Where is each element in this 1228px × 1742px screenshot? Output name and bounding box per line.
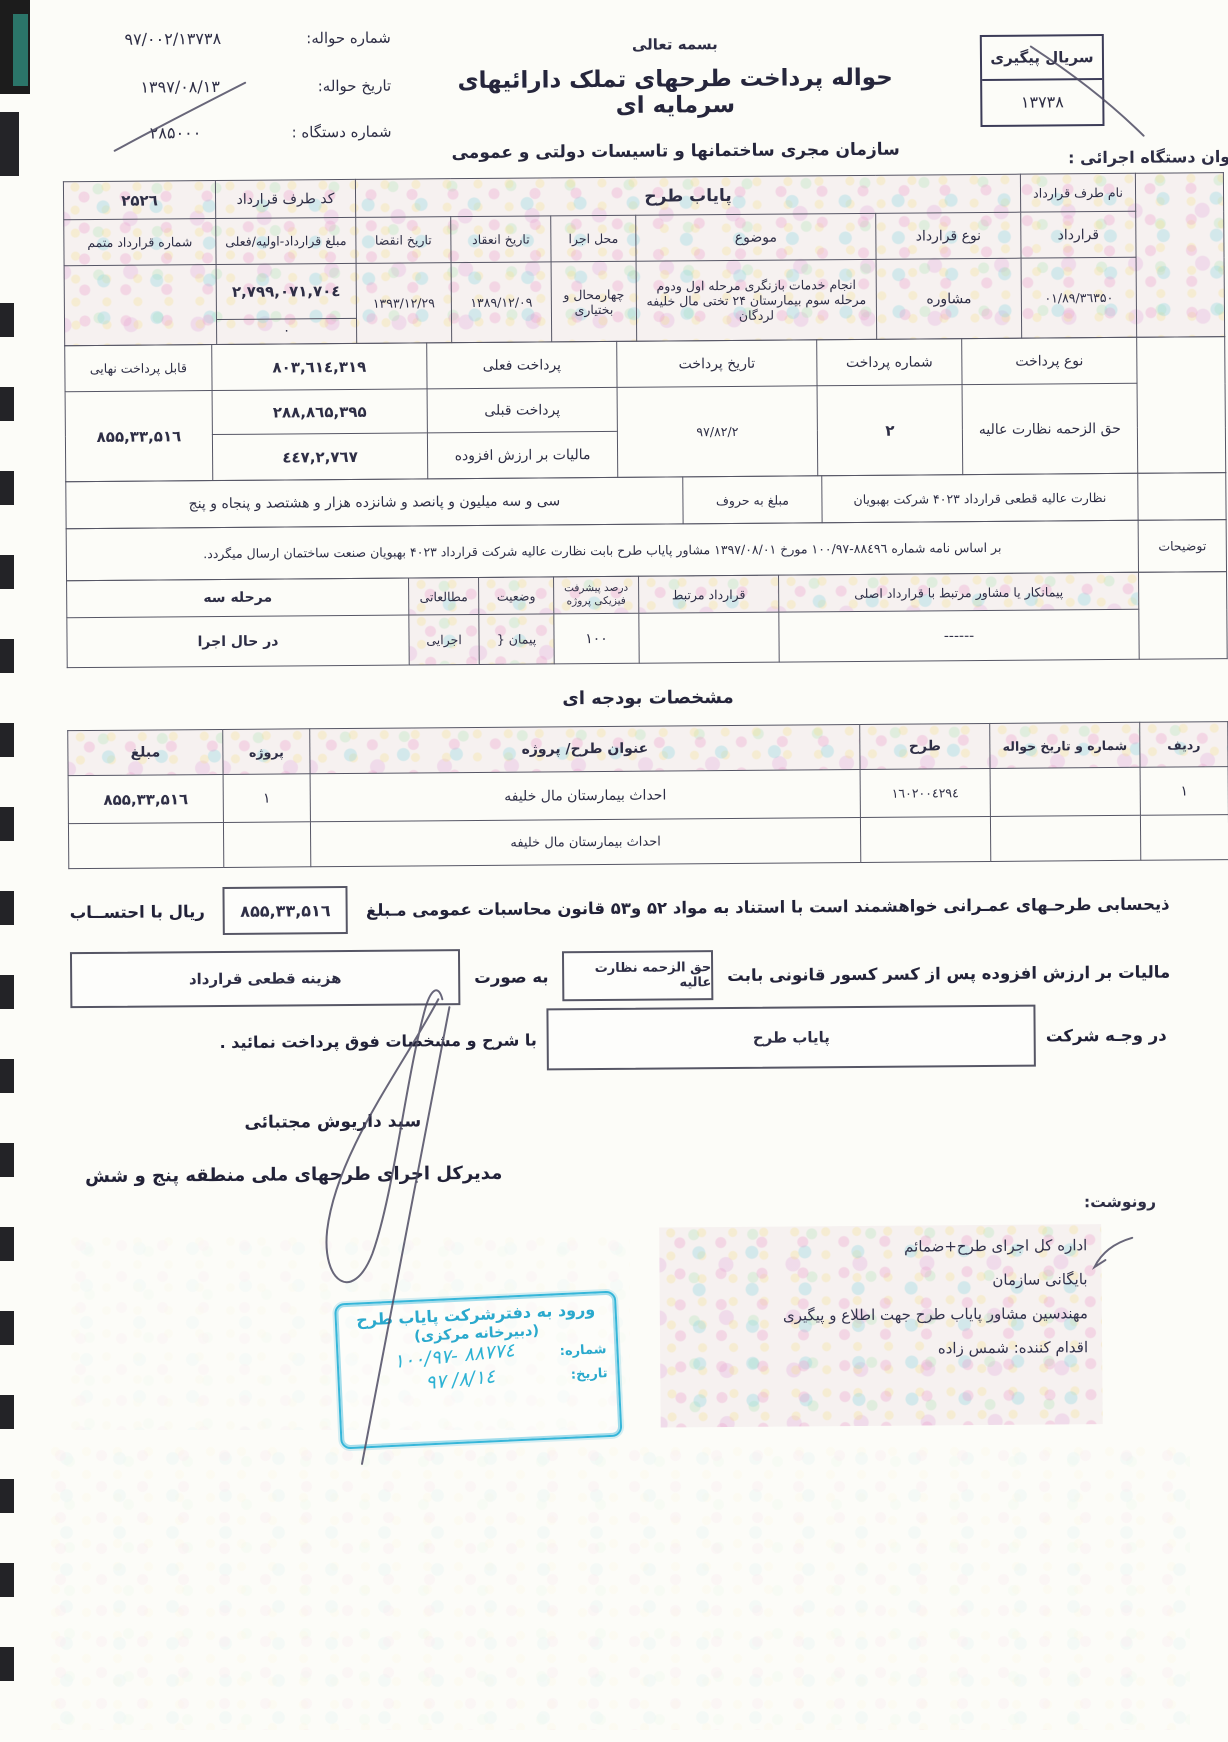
expire-date-label: تاریخ انقضا <box>356 217 451 264</box>
related-contractor-value: ------ <box>779 609 1139 662</box>
directive3-text: در وجـه شرکت <box>1046 1025 1167 1045</box>
remarks-text: بر اساس نامه شماره ۸۸٤۹٦-۱۰۰/۹۷ مورخ ۱۳۹… <box>66 520 1138 580</box>
contract-no-label: قرارداد <box>1021 211 1136 258</box>
physical-progress-value: ۱۰۰ <box>554 613 639 664</box>
cc-item: مهندسین مشاور پایاب طرح جهت اطلاع و پیگی… <box>660 1304 1088 1325</box>
payee-company-box: پایاب طرح <box>547 1005 1036 1071</box>
budget-header-name: عنوان طرح/ پروژه <box>310 724 860 773</box>
study-value: اجرایی <box>409 614 479 665</box>
havaleh-number-value: ۹۷/۰۰۲/۱۳۷۳۸ <box>73 29 273 50</box>
page-title: حواله پرداخت طرحهای تملک دارائیهای سرمای… <box>425 64 925 120</box>
field-havaleh-date: تاریخ حواله: ۱۳۹۷/۰۸/۱۳ <box>87 76 391 97</box>
havaleh-number-label: شماره حواله: <box>273 29 391 48</box>
entry-stamp: ورود به دفترشرکت پایاب طرح (دبیرخانه مرک… <box>334 1291 622 1450</box>
remarks-label: توضیحات <box>1138 520 1226 573</box>
payment-no-label: شماره پرداخت <box>817 339 962 386</box>
budget-header-plan: طرح <box>860 723 990 769</box>
budget-amount: ۳۳,۵۱٦,۸۵۵ <box>68 774 223 823</box>
contract-amount-cell: ۲,۷۹۹,۰۷۱,۷۰٤ ۰ <box>216 263 357 344</box>
state-label: وضعیت <box>479 577 554 615</box>
contract-type-value: مشاوره <box>876 258 1022 339</box>
budget-plan: ۱٦۰۲۰۰٤۲۹٤ <box>860 768 990 817</box>
havaleh-date-label: تاریخ حواله: <box>273 77 391 96</box>
signatory-name: سید داریوش مجتبائی <box>225 1111 440 1133</box>
party-name-label: نام طرف قرارداد <box>1020 173 1135 212</box>
directive-line-1: ذیحسابی طرحـهای عمـرانی خواهشمند است با … <box>69 880 1169 937</box>
directive1-tail: ریال با احتســاب <box>70 902 205 922</box>
payment-type-value: حق الزحمه نظارت عالیه <box>962 383 1138 474</box>
contract-no-value: ۰۱/۸۹/۳٦۳۵۰ <box>1021 257 1137 338</box>
study-label: مطالعاتی <box>409 577 479 615</box>
contract-amount-label: مبلغ قرارداد-اولیه/فعلی <box>216 217 356 264</box>
amount-words-value: سی و سه میلیون و پانصد و شانزده هزار و ه… <box>66 477 683 529</box>
budget-amount <box>68 822 223 868</box>
budget-header-ref: شماره و تاریخ حواله <box>990 722 1140 768</box>
budget-table: ردیف شماره و تاریخ حواله طرح عنوان طرح/ … <box>68 722 1228 869</box>
directive1-amount-box: ۳۳,۵۱٦,۸۵۵ <box>223 886 348 935</box>
cc-block: اداره کل اجرای طرح+ضمائم بایگانی سازمان … <box>659 1224 1103 1427</box>
final-payable-label: قابل پرداخت نهایی <box>65 345 212 392</box>
stamp-number-label: شماره: <box>559 1342 606 1359</box>
supplement-contract-value <box>64 265 217 346</box>
sign-date-label: تاریخ انعقاد <box>451 216 551 263</box>
stamp-date-label: تاریخ: <box>571 1366 608 1383</box>
table-edge-cell <box>1135 173 1224 338</box>
directive2-fee-box: حق الزحمه نظارت عالیه <box>562 950 713 1001</box>
related-contract-label: قرارداد مرتبط <box>639 575 779 613</box>
phase-value: در حال اجرا <box>67 615 409 668</box>
serial-label: سریال پیگیری <box>982 36 1102 81</box>
directive2-mid: به صورت <box>474 967 548 987</box>
directive-line-2: مالیات بر ارزش افزوده پس از کسر کسور قان… <box>70 944 1170 1009</box>
directive-line-3: در وجـه شرکت پایاب طرح با شرح و مشخصات ف… <box>74 1004 1166 1075</box>
directive2-text: مالیات بر ارزش افزوده پس از کسر کسور قان… <box>727 962 1170 984</box>
payment-type-label: نوع پرداخت <box>962 337 1137 384</box>
scanned-payment-order: { "document": { "bismillah": "بسمه تعالی… <box>0 0 1228 1742</box>
budget-ref <box>990 767 1140 816</box>
budget-name: احداث بیمارستان مال خلیفه <box>310 769 860 821</box>
party-name-value: پایاب طرح <box>355 174 1020 217</box>
final-payable-value: ۳۳,۵۱٦,۸۵۵ <box>65 391 213 482</box>
amount-words-note: نظارت عالیه قطعی قرارداد ۴۰۲۳ شرکت بهبوی… <box>822 473 1138 522</box>
expire-date-value: ۱۳۹۳/۱۲/۲۹ <box>356 263 452 344</box>
device-number-label: شماره دستگاه : <box>273 123 391 142</box>
related-contract-value <box>639 612 779 663</box>
budget-project <box>223 822 310 868</box>
budget-plan <box>860 816 990 862</box>
subject-value: انجام خدمات بازنگری مرحله اول ودوم مرحله… <box>636 259 877 341</box>
table-edge-cell <box>1139 572 1228 660</box>
document-sheet: شماره حواله: ۹۷/۰۰۲/۱۳۷۳۸ تاریخ حواله: ۱… <box>0 0 1228 1742</box>
previous-payment-value: ۲۸۸,۸٦۵,۳۹۵ <box>212 389 427 435</box>
budget-header-row-no: ردیف <box>1140 722 1228 768</box>
related-contractor-label: پیمانکار یا مشاور مرتبط با قرارداد اصلی <box>779 572 1139 612</box>
executive-agency-label: عنوان دستگاه اجرائی : <box>998 147 1228 168</box>
contract-identity-section: نام طرف قرارداد پایاب طرح کد طرف قرارداد… <box>63 172 1225 346</box>
party-code-value: ۲۵۲٦ <box>63 181 215 220</box>
directive3-tail: با شرح و مشخصات فوق پرداخت نمائید . <box>220 1030 537 1051</box>
budget-row-no <box>1140 815 1228 861</box>
payments-section: نوع پرداخت شماره پرداخت تاریخ پرداخت پرد… <box>64 336 1226 482</box>
location-label: محل اجرا <box>551 215 636 262</box>
physical-progress-label: درصد پیشرفت فیزیکی پروژه <box>554 576 639 614</box>
directive2-cost-box: هزینه قطعی قرارداد <box>70 949 460 1008</box>
amount-words-label: مبلغ به حروف <box>683 476 822 524</box>
table-edge-cell <box>1137 337 1226 474</box>
device-number-value: ۲۸۵۰۰۰ <box>77 123 273 144</box>
serial-tracking-box: سریال پیگیری ۱۳۷۳۸ <box>980 34 1105 127</box>
budget-name: احداث بیمارستان مال خلیفه <box>310 817 860 866</box>
contract-amount-extra: ۰ <box>217 317 356 343</box>
contract-type-label: نوع قرارداد <box>876 212 1021 259</box>
vat-value: ۲,۷٦۷,٤٤۷ <box>212 433 427 481</box>
budget-row-no: ۱ <box>1140 767 1228 816</box>
contract-table: نام طرف قرارداد پایاب طرح کد طرف قرارداد… <box>64 173 1228 668</box>
field-havaleh-number: شماره حواله: ۹۷/۰۰۲/۱۳۷۳۸ <box>73 28 391 49</box>
cc-item: اقدام کننده: شمس زاده <box>660 1338 1088 1359</box>
cc-item: اداره کل اجرای طرح+ضمائم <box>659 1236 1087 1257</box>
vat-label: مالیات بر ارزش افزوده <box>427 431 617 478</box>
status-section: پیمانکار یا مشاور مرتبط با قرارداد اصلی … <box>66 571 1228 668</box>
signatory-role: مدیرکل اجرای طرحهای ملی منطقه پنج و شش <box>84 1163 504 1187</box>
organization-name: سازمان مجری ساختمانها و تاسیسات دولتی و … <box>426 139 926 163</box>
current-payment-label: پرداخت فعلی <box>427 341 617 388</box>
budget-row: احداث بیمارستان مال خلیفه <box>68 815 1228 869</box>
budget-header-project: پروژه <box>223 729 310 775</box>
current-payment-value: ۳۱۹,٦۱٤,۸۰۳ <box>212 343 427 391</box>
party-code-label: کد طرف قرارداد <box>215 179 355 218</box>
subject-label: موضوع <box>636 213 876 261</box>
payment-date-value: ۹۷/۸۲/۲ <box>617 386 818 478</box>
havaleh-date-value: ۱۳۹۷/۰۸/۱۳ <box>87 77 273 97</box>
state-value: پیمان { <box>479 614 554 665</box>
budget-section-title: مشخصات بودجه ای <box>68 683 1228 713</box>
serial-value: ۱۳۷۳۸ <box>982 80 1102 125</box>
phase-label: مرحله سه <box>67 578 409 618</box>
budget-project: ۱ <box>223 774 310 823</box>
supplement-contract-label: شماره قرارداد متمم <box>64 219 216 266</box>
sign-date-value: ۱۳۸۹/۱۲/۰۹ <box>451 262 552 343</box>
table-edge-cell <box>1138 473 1226 521</box>
contract-amount-value: ۲,۷۹۹,۰۷۱,۷۰٤ <box>217 264 356 318</box>
bismillah-text: بسمه تعالی <box>425 33 925 55</box>
budget-ref <box>990 815 1140 861</box>
directive1-text: ذیحسابی طرحـهای عمـرانی خواهشمند است با … <box>366 894 1170 919</box>
cc-label: رونوشت: <box>1026 1193 1156 1212</box>
previous-payment-label: پرداخت قبلی <box>427 387 617 432</box>
title-block: بسمه تعالی حواله پرداخت طرحهای تملک دارا… <box>425 33 926 163</box>
location-value: چهارمحال و بختیاری <box>551 261 637 342</box>
cc-item: بایگانی سازمان <box>660 1270 1088 1291</box>
field-device-number: شماره دستگاه : ۲۸۵۰۰۰ <box>77 122 391 143</box>
payment-date-label: تاریخ پرداخت <box>617 340 817 388</box>
payment-no-value: ۲ <box>817 385 963 476</box>
budget-header-amount: مبلغ <box>68 729 223 775</box>
